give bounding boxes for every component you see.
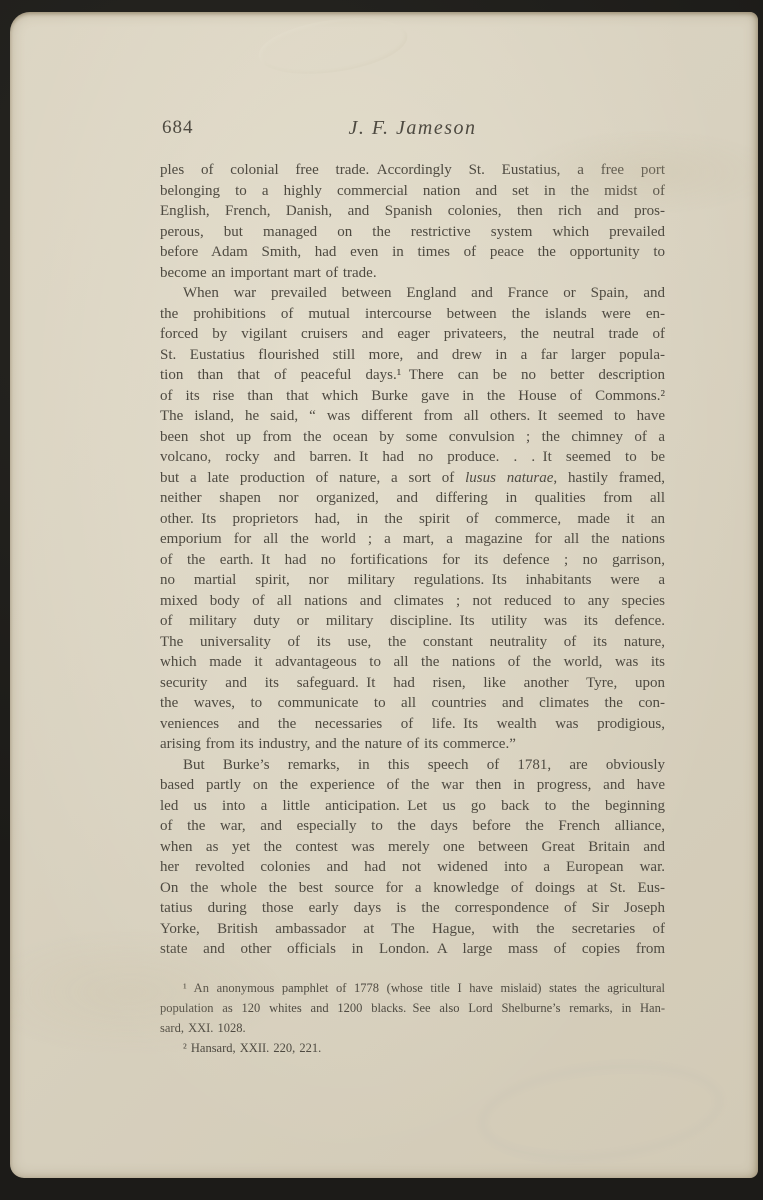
text-line: led us into a little anticipation. Let u…: [160, 796, 665, 817]
text-line: of the war, and especially to the days b…: [160, 816, 665, 837]
text-line: veniences and the necessaries of life. I…: [160, 714, 665, 735]
stamp-showthrough: [474, 1051, 729, 1172]
text-line: English, French, Danish, and Spanish col…: [160, 201, 665, 222]
text-line: population as 120 whites and 1200 blacks…: [160, 998, 665, 1018]
page-header: 684 J. F. Jameson: [160, 117, 665, 143]
text-line: neither shapen nor organized, and differ…: [160, 488, 665, 509]
text-line: But Burke’s remarks, in this speech of 1…: [160, 755, 665, 776]
text-line: the waves, to communicate to all countri…: [160, 693, 665, 714]
text-line: other. Its proprietors had, in the spiri…: [160, 509, 665, 530]
text-line: volcano, rocky and barren. It had no pro…: [160, 447, 665, 468]
text-line: perous, but managed on the restrictive s…: [160, 222, 665, 243]
text-line: of its rise than that which Burke gave i…: [160, 386, 665, 407]
text-line: ples of colonial free trade. Accordingly…: [160, 160, 665, 181]
text-line: which made it advantageous to all the na…: [160, 652, 665, 673]
footnotes: ¹ An anonymous pamphlet of 1778 (whose t…: [160, 978, 665, 1058]
footnote: ² Hansard, XXII. 220, 221.: [160, 1038, 665, 1058]
text-line: St. Eustatius flourished still more, and…: [160, 345, 665, 366]
running-head: J. F. Jameson: [160, 117, 665, 140]
scan-background: 684 J. F. Jameson ples of colonial free …: [0, 0, 763, 1200]
text-line: based partly on the experience of the wa…: [160, 775, 665, 796]
text-line: tion than that of peaceful days.¹ There …: [160, 365, 665, 386]
text-line: but a late production of nature, a sort …: [160, 468, 665, 489]
footnote: ¹ An anonymous pamphlet of 1778 (whose t…: [160, 978, 665, 1038]
body-text: ples of colonial free trade. Accordingly…: [160, 160, 665, 960]
text-line: no martial spirit, nor military regulati…: [160, 570, 665, 591]
text-line: security and its safeguard. It had risen…: [160, 673, 665, 694]
page-number: 684: [162, 117, 194, 139]
text-column: 684 J. F. Jameson ples of colonial free …: [160, 117, 665, 1058]
text-line: when as yet the contest was merely one b…: [160, 837, 665, 858]
paragraph: When war prevailed between England and F…: [160, 283, 665, 755]
text-line: tatius during those early days is the co…: [160, 898, 665, 919]
text-line: been shot up from the ocean by some conv…: [160, 427, 665, 448]
text-line: of the earth. It had no fortifications f…: [160, 550, 665, 571]
text-line: the prohibitions of mutual intercourse b…: [160, 304, 665, 325]
text-line: of military duty or military discipline.…: [160, 611, 665, 632]
text-line: before Adam Smith, had even in times of …: [160, 242, 665, 263]
text-line: arising from its industry, and the natur…: [160, 734, 665, 755]
paragraph: ples of colonial free trade. Accordingly…: [160, 160, 665, 283]
text-line: her revolted colonies and had not widene…: [160, 857, 665, 878]
text-line: mixed body of all nations and climates ;…: [160, 591, 665, 612]
text-line: emporium for all the world ; a mart, a m…: [160, 529, 665, 550]
text-line: Yorke, British ambassador at The Hague, …: [160, 919, 665, 940]
text-line: ² Hansard, XXII. 220, 221.: [160, 1038, 665, 1058]
text-line: belonging to a highly commercial nation …: [160, 181, 665, 202]
paragraph: But Burke’s remarks, in this speech of 1…: [160, 755, 665, 960]
text-line: forced by vigilant cruisers and eager pr…: [160, 324, 665, 345]
text-line: ¹ An anonymous pamphlet of 1778 (whose t…: [160, 978, 665, 998]
text-line: sard, XXI. 1028.: [160, 1018, 665, 1038]
text-line: The island, he said, “ was different fro…: [160, 406, 665, 427]
text-line: On the whole the best source for a knowl…: [160, 878, 665, 899]
book-page: 684 J. F. Jameson ples of colonial free …: [10, 12, 758, 1178]
embossed-watermark: [255, 10, 411, 82]
text-line: become an important mart of trade.: [160, 263, 665, 284]
text-line: When war prevailed between England and F…: [160, 283, 665, 304]
text-line: state and other officials in London. A l…: [160, 939, 665, 960]
text-line: The universality of its use, the constan…: [160, 632, 665, 653]
